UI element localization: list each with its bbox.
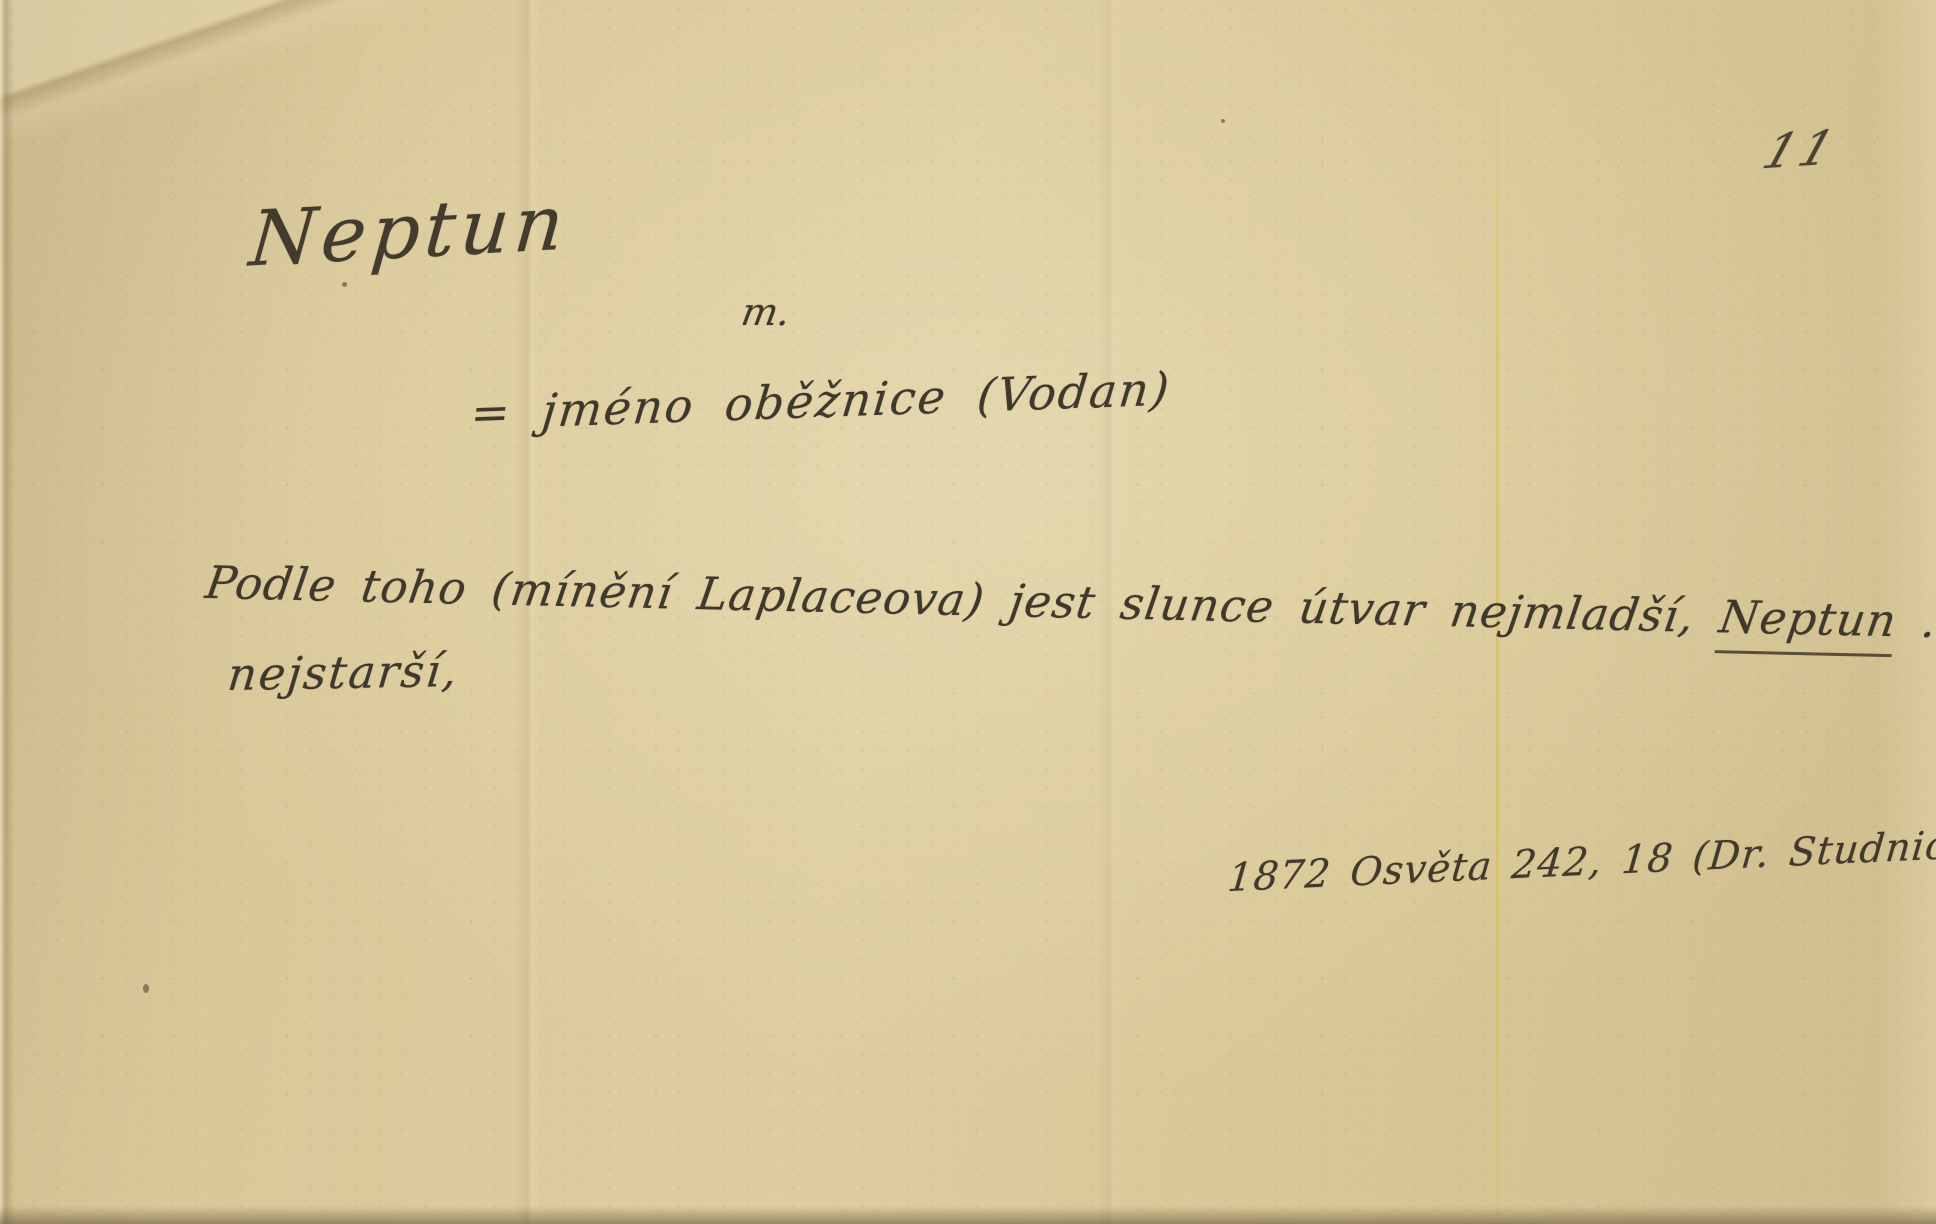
ink-speck xyxy=(143,984,149,993)
scan-edge-shadow xyxy=(0,0,14,1224)
page-number: 11 xyxy=(1756,120,1846,181)
gender-marker: m. xyxy=(738,290,794,334)
definition-line: = jméno oběžnice (Vodan) xyxy=(468,362,1173,441)
underlined-word: Neptun xyxy=(1715,590,1901,657)
quote-line-2: nejstarší, xyxy=(225,644,461,701)
document-scan: 11 Neptun m. = jméno oběžnice (Vodan) Po… xyxy=(0,0,1936,1224)
scan-edge-shadow xyxy=(0,1206,1936,1224)
quote-text: Podle toho (mínění Laplaceova) jest slun… xyxy=(202,556,1723,643)
ink-speck xyxy=(1221,119,1225,123)
citation-line: 1872 Osvěta 242, 18 (Dr. Studnička) .. xyxy=(1226,818,1936,901)
quote-trailing-dots: .. xyxy=(1893,594,1936,648)
headword: Neptun xyxy=(246,177,572,283)
quote-line-1: Podle toho (mínění Laplaceova) jest slun… xyxy=(202,556,1936,648)
ink-speck xyxy=(342,282,347,287)
